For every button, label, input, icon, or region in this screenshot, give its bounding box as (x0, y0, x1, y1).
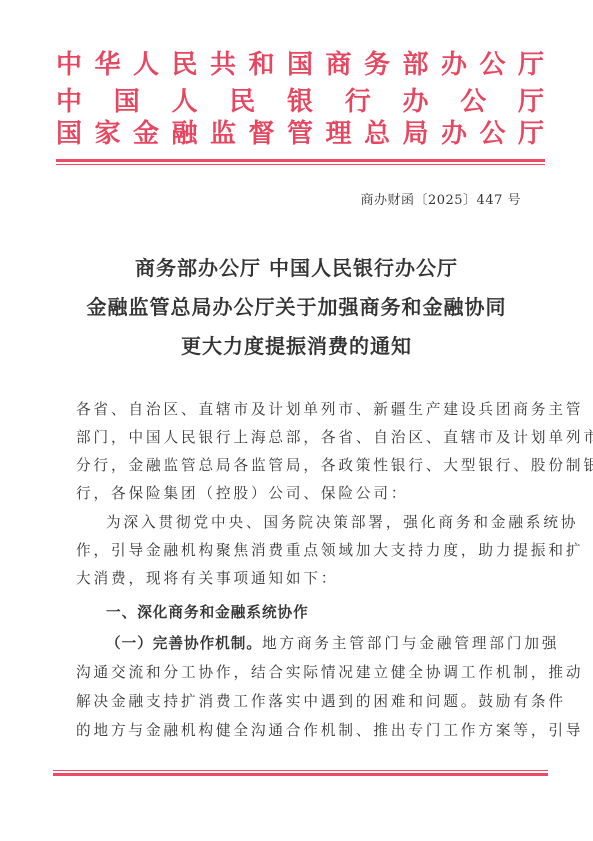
header-char: 办 (441, 51, 467, 79)
section-1-heading: 一、深化商务和金融系统协作 (106, 603, 558, 623)
footer-red-rule-thick (53, 773, 548, 776)
intro-line-2: 作，引导金融机构聚焦消费重点领域加大支持力度，助力提振和扩 (76, 541, 528, 561)
header-char: 民 (229, 88, 255, 116)
header-char: 管 (287, 120, 313, 148)
header-char: 办 (403, 88, 429, 116)
header-char: 银 (287, 88, 313, 116)
header-red-rule-thin (56, 164, 545, 165)
header-char: 厅 (518, 51, 544, 79)
issuer-header-line-1: 中华人民共和国商务部办公厅 (56, 51, 544, 79)
header-char: 督 (249, 120, 275, 148)
item-1-line-1: （一）完善协作机制。地方商务主管部门与金融管理部门加强 (106, 634, 558, 654)
header-char: 公 (480, 120, 506, 148)
document-title-line-1: 商务部办公厅 中国人民银行办公厅 (0, 252, 593, 281)
recipients-line-2: 部门，中国人民银行上海总部，各省、自治区、直辖市及计划单列市 (76, 428, 528, 448)
header-char: 厅 (518, 88, 544, 116)
header-char: 华 (95, 51, 121, 79)
document-title-line-2: 金融监管总局办公厅关于加强商务和金融协同 (0, 291, 593, 320)
recipients-line-1: 各省、自治区、直辖市及计划单列市、新疆生产建设兵团商务主管 (76, 400, 528, 420)
recipients-line-3: 分行，金融监管总局各监管局，各政策性银行、大型银行、股份制银 (76, 456, 528, 476)
item-1-first-text: 地方商务主管部门与金融管理部门加强 (262, 635, 559, 652)
header-red-rule-thick (56, 159, 545, 162)
header-char: 金 (133, 120, 159, 148)
header-char: 国 (287, 51, 313, 79)
recipients-line-4: 行，各保险集团（控股）公司、保险公司： (76, 484, 528, 504)
item-1-line-4: 的地方与金融机构健全沟通合作机制、推出专门工作方案等，引导 (76, 721, 528, 741)
header-char: 中 (56, 88, 82, 116)
header-char: 国 (56, 120, 82, 148)
item-1-label: （一）完善协作机制。 (106, 635, 262, 652)
header-char: 监 (210, 120, 236, 148)
header-char: 理 (326, 120, 352, 148)
header-char: 局 (403, 120, 429, 148)
header-char: 国 (114, 88, 140, 116)
footer-red-rule-thin (53, 770, 548, 771)
document-number: 商办财函〔2025〕447 号 (360, 189, 521, 208)
header-char: 厅 (518, 120, 544, 148)
issuer-header-line-2: 中国人民银行办公厅 (56, 88, 544, 116)
header-char: 家 (95, 120, 121, 148)
issuer-header-line-3: 国家金融监督管理总局办公厅 (56, 120, 544, 148)
header-char: 办 (441, 120, 467, 148)
header-char: 务 (364, 51, 390, 79)
header-char: 行 (345, 88, 371, 116)
item-1-line-2: 沟通交流和分工协作，结合实际情况建立健全协调工作机制，推动 (76, 663, 528, 683)
header-char: 部 (403, 51, 429, 79)
header-char: 公 (460, 88, 486, 116)
header-char: 人 (172, 88, 198, 116)
document-title-line-3: 更大力度提振消费的通知 (0, 330, 593, 359)
item-1-line-3: 解决金融支持扩消费工作落实中遇到的困难和问题。鼓励有条件 (76, 692, 528, 712)
header-char: 和 (249, 51, 275, 79)
header-char: 商 (326, 51, 352, 79)
header-char: 公 (480, 51, 506, 79)
intro-line-1: 为深入贯彻党中央、国务院决策部署，强化商务和金融系统协 (106, 513, 558, 533)
header-char: 中 (56, 51, 82, 79)
intro-line-3: 大消费，现将有关事项通知如下： (76, 569, 528, 589)
header-char: 民 (172, 51, 198, 79)
header-char: 共 (210, 51, 236, 79)
header-char: 融 (172, 120, 198, 148)
header-char: 人 (133, 51, 159, 79)
header-char: 总 (364, 120, 390, 148)
